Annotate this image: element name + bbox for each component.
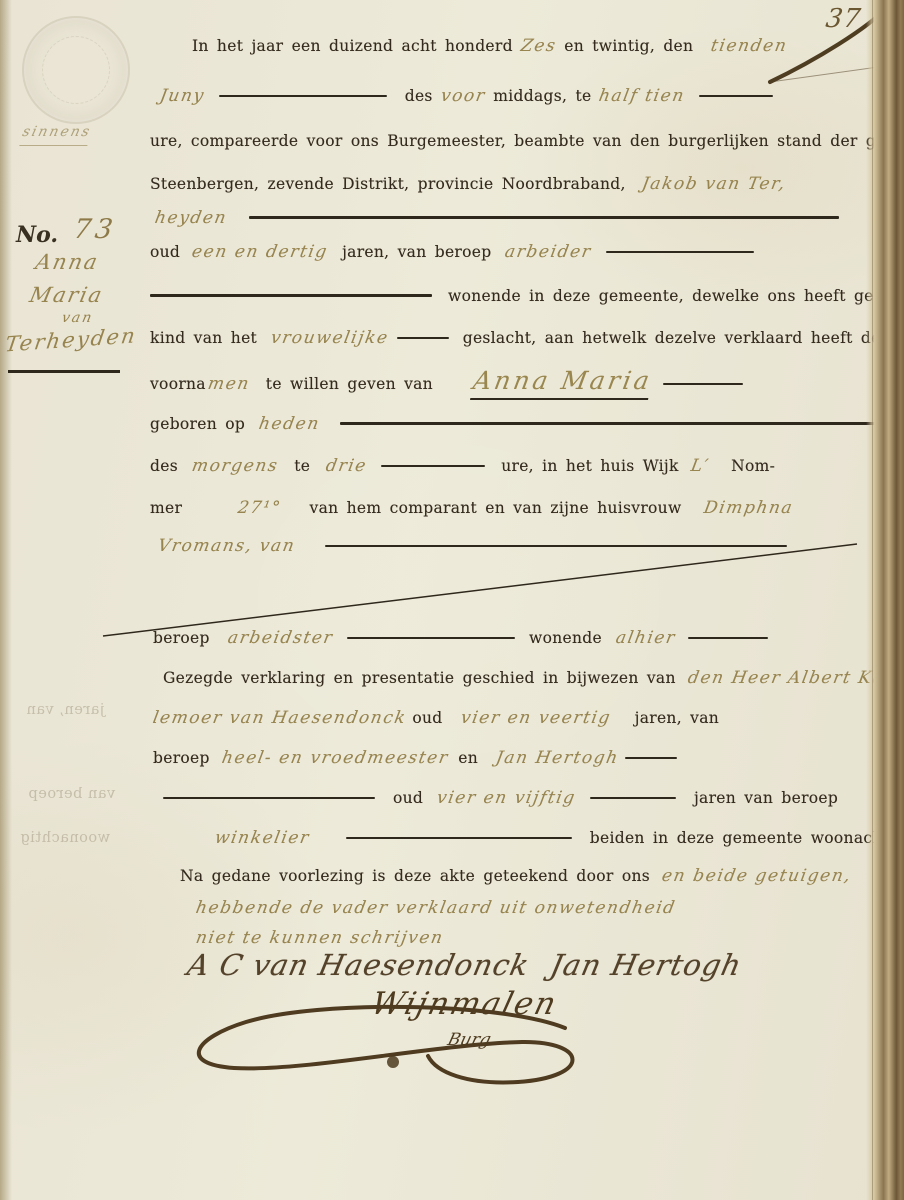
printed-text: Steenbergen, zevende Distrikt, provincie… <box>150 175 626 193</box>
fill-rule <box>688 637 768 639</box>
document-line: hebbende de vader verklaard uit onwetend… <box>196 898 676 918</box>
handwritten-text: Jakob van Ter, <box>640 174 788 194</box>
fill-rule <box>590 797 676 799</box>
handwritten-text: heel- en vroedmeester <box>220 748 450 768</box>
bleedthrough-text: jaren, van <box>26 702 104 718</box>
printed-text: beroep <box>153 629 210 647</box>
margin-child-middlename: Maria <box>27 283 105 307</box>
printed-text: oud <box>393 789 423 807</box>
handwritten-text: voor <box>439 86 487 106</box>
embossed-seal <box>22 16 130 124</box>
document-line: geboren opheden <box>150 414 885 434</box>
handwritten-text: half tien <box>598 86 687 106</box>
document-line: voornamente willen geven vanAnna Maria <box>150 366 743 400</box>
document-line: oudeen en dertigjaren, van beroeparbeide… <box>150 242 754 262</box>
act-number-value: 73 <box>72 214 119 245</box>
document-line: beroepheel- en vroedmeesterenJan Hertogh <box>153 748 677 768</box>
handwritten-text: hebbende de vader verklaard uit onwetend… <box>194 898 677 918</box>
handwritten-text: Juny <box>158 86 206 106</box>
handwritten-text: alhier <box>614 628 677 648</box>
document-line: A C van HaesendonckJan Hertogh <box>188 948 742 982</box>
printed-text: wonende <box>529 629 602 647</box>
handwritten-text: heden <box>257 414 321 434</box>
fill-rule <box>163 797 375 799</box>
handwritten-text: winkelier <box>213 828 311 848</box>
handwritten-text: heyden <box>153 208 229 228</box>
printed-text: te <box>294 457 310 475</box>
document-line: beroeparbeidsterwonendealhier <box>153 628 768 648</box>
fill-rule <box>397 337 449 339</box>
document-line: Steenbergen, zevende Distrikt, provincie… <box>150 174 786 194</box>
fill-rule <box>325 545 787 547</box>
handwritten-text: lemoer van Haesendonck <box>151 708 408 728</box>
document-line: niet te kunnen schrijven <box>196 928 444 948</box>
handwritten-text: en beide getuigen, <box>660 866 853 886</box>
handwritten-text: men <box>206 374 251 394</box>
blank-space-strike <box>103 544 857 636</box>
handwritten-text: drie <box>325 456 369 476</box>
margin-child-firstname: Anna <box>33 250 101 274</box>
handwritten-text: vier en vijftig <box>435 788 577 808</box>
ink-blot <box>387 1056 399 1068</box>
burgemeester-signature: Wijnmalen <box>368 986 562 1022</box>
fill-rule <box>340 422 885 425</box>
document-line: Gezegde verklaring en presentatie geschi… <box>163 668 895 688</box>
document-line: desmorgenstedrieure, in het huis WijkL′N… <box>150 456 775 476</box>
printed-text: kind van het <box>150 329 257 347</box>
document-line: Vromans, van <box>158 536 787 556</box>
witness-signature: Jan Hertogh <box>548 948 746 982</box>
handwritten-text: niet te kunnen schrijven <box>194 928 445 948</box>
document-line: kind van hetvrouwelijkegeslacht, aan het… <box>150 328 881 348</box>
document-line: heyden <box>155 208 839 228</box>
margin-divider-rule <box>8 370 120 373</box>
printed-text: Nom- <box>731 457 775 475</box>
printed-text: ure, in het huis Wijk <box>501 457 679 475</box>
document-line: In het jaar een duizend acht honderdZese… <box>192 36 788 56</box>
printed-text: en <box>458 749 478 767</box>
printed-text: middags, te <box>493 87 591 105</box>
handwritten-text: vier en veertig <box>459 708 613 728</box>
printed-text: ure, compareerde voor ons Burgemeester, … <box>150 132 904 150</box>
handwritten-text: vrouwelijke <box>269 328 390 348</box>
printed-text: oud <box>150 243 180 261</box>
margin-scribble-note: sinnens <box>19 124 93 146</box>
document-line: winkelierbeiden in deze gemeente woonach… <box>215 828 904 848</box>
fill-rule <box>219 95 387 97</box>
printed-text: en twintig, den <box>564 37 693 55</box>
handwritten-text: Zes <box>519 36 558 56</box>
fill-rule <box>346 837 572 839</box>
bleedthrough-text: van beroep <box>28 786 115 802</box>
fill-rule <box>699 95 773 97</box>
printed-text: te willen geven van <box>266 375 433 393</box>
fill-rule <box>150 294 432 297</box>
printed-text: des <box>405 87 433 105</box>
printed-text: Na gedane voorlezing is deze akte geteek… <box>180 867 650 885</box>
fill-rule <box>381 465 485 467</box>
printed-text: In het jaar een duizend acht honderd <box>192 37 513 55</box>
printed-text: jaren, van beroep <box>342 243 491 261</box>
margin-child-surname: Terheyden <box>3 323 138 356</box>
printed-text: Gezegde verklaring en presentatie geschi… <box>163 669 676 687</box>
handwritten-text: arbeider <box>504 242 594 262</box>
handwritten-text: morgens <box>190 456 280 476</box>
page-number: 37 <box>824 4 863 34</box>
fill-rule <box>249 216 839 219</box>
printed-text: geboren op <box>150 415 245 433</box>
printed-text: jaren, van <box>635 709 719 727</box>
handwritten-text: L′ <box>689 456 711 476</box>
handwritten-text: Vromans, van <box>156 536 297 556</box>
printed-text: oud <box>412 709 442 727</box>
document-line: wonende in deze gemeente, dewelke ons he… <box>150 286 904 305</box>
margin-child-tussenvoegsel: van <box>60 310 95 326</box>
printed-text: van hem comparant en van zijne huisvrouw <box>310 499 682 517</box>
document-line: Junydesvoormiddags, tehalf tien <box>160 86 773 106</box>
printed-text: beroep <box>153 749 210 767</box>
printed-text: voorna <box>150 375 206 393</box>
fill-rule <box>606 251 754 253</box>
handwritten-text: tienden <box>710 36 790 56</box>
handwritten-text: arbeidster <box>226 628 335 648</box>
printed-text: wonende in deze gemeente, dewelke ons he… <box>448 287 904 305</box>
fill-rule <box>347 637 515 639</box>
document-line: ure, compareerde voor ons Burgemeester, … <box>150 131 904 150</box>
fill-rule <box>625 757 677 759</box>
document-line: lemoer van Haesendonckoudvier en veertig… <box>153 708 719 728</box>
printed-text: geslacht, aan hetwelk dezelve verklaard … <box>463 329 881 347</box>
document-line: Na gedane voorlezing is deze akte geteek… <box>180 866 851 886</box>
handwritten-text: Jan Hertogh <box>494 748 620 768</box>
printed-text: mer <box>150 499 182 517</box>
printed-text: jaren van beroep <box>694 789 838 807</box>
act-number-label: No. <box>16 222 58 248</box>
document-line: oudvier en vijftigjaren van beroep <box>163 788 838 808</box>
handwritten-text: den Heer Albert Ka„ <box>686 668 896 688</box>
handwritten-text: 27¹° <box>236 498 283 518</box>
witness-signature: A C van Haesendonck <box>184 948 532 982</box>
handwritten-text: Dimphna <box>702 498 795 518</box>
printed-text: beiden in deze gemeente woonachtig <box>590 829 904 847</box>
printed-text: des <box>150 457 178 475</box>
page-left-edge <box>0 0 12 1200</box>
book-binding-edge <box>866 0 904 1200</box>
register-page: 37 sinnens No. 73 Anna Maria van Terheyd… <box>0 0 904 1200</box>
fill-rule <box>663 383 743 385</box>
handwritten-text: Anna Maria <box>470 366 654 400</box>
bleedthrough-text: woonachtig <box>20 830 110 846</box>
document-line: mer27¹°van hem comparant en van zijne hu… <box>150 498 793 518</box>
burgemeester-title: Burg <box>446 1030 493 1050</box>
handwritten-text: een en dertig <box>190 242 329 262</box>
